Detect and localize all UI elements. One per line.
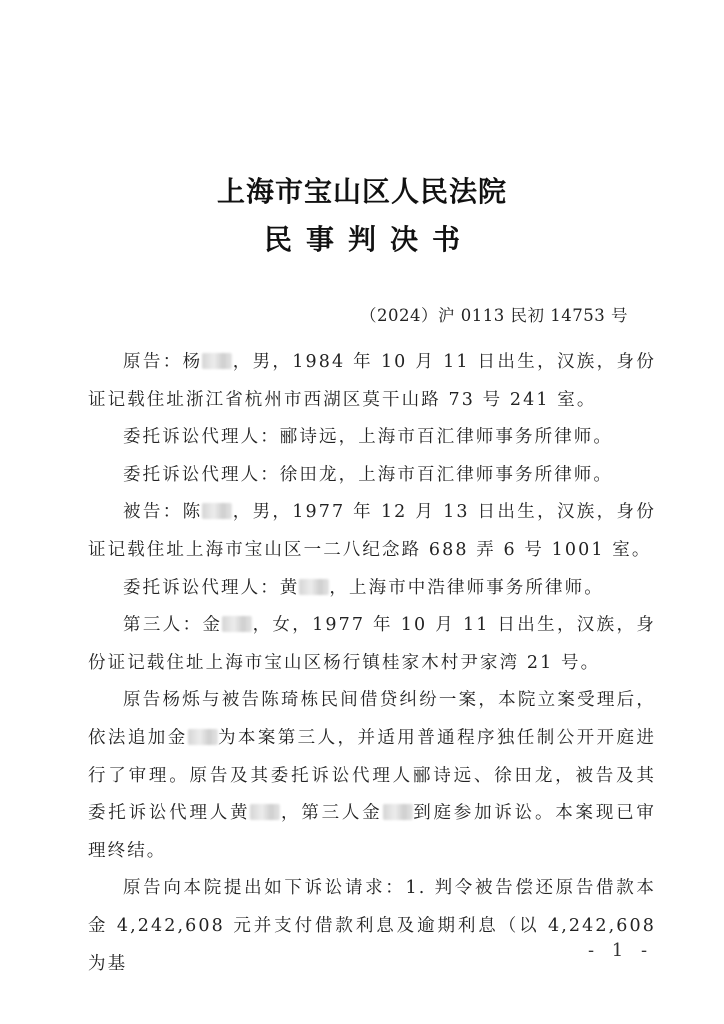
procedure-text-3: ，第三人金 [280,803,382,823]
defendant-label: 被告：陈 [123,502,202,522]
document-body: 原告：杨，男，1984 年 10 月 11 日出生，汉族，身份证记载住址浙江省杭… [88,344,656,983]
page-number: - 1 - [588,940,653,961]
defendant-agent: 委托诉讼代理人：黄，上海市中浩律师事务所律师。 [88,570,656,608]
redacted-name [188,729,218,745]
defendant-agent-label: 委托诉讼代理人：黄 [123,578,299,598]
defendant-agent-details: ，上海市中浩律师事务所律师。 [329,578,603,598]
defendant-paragraph: 被告：陈，男，1977 年 12 月 13 日出生，汉族，身份证记载住址上海市宝… [88,494,656,569]
plaintiff-paragraph: 原告：杨，男，1984 年 10 月 11 日出生，汉族，身份证记载住址浙江省杭… [88,344,656,419]
claims-paragraph: 原告向本院提出如下诉讼请求：1. 判令被告偿还原告借款本金 4,242,608 … [88,870,656,983]
redacted-name [202,353,232,369]
third-party-paragraph: 第三人：金，女，1977 年 10 月 11 日出生，汉族，身份证记载住址上海市… [88,607,656,682]
plaintiff-agent-2: 委托诉讼代理人：徐田龙，上海市百汇律师事务所律师。 [88,457,656,495]
redacted-name [299,579,329,595]
plaintiff-agent-1: 委托诉讼代理人：郦诗远，上海市百汇律师事务所律师。 [88,419,656,457]
court-name: 上海市宝山区人民法院 [0,170,724,210]
redacted-name [222,616,252,632]
third-party-label: 第三人：金 [123,615,222,635]
redacted-name [383,804,413,820]
plaintiff-label: 原告：杨 [123,352,202,372]
redacted-name [250,804,280,820]
redacted-name [202,503,232,519]
document-type-title: 民事判决书 [0,218,724,258]
case-number: （2024）沪 0113 民初 14753 号 [360,302,628,326]
procedure-paragraph: 原告杨烁与被告陈琦栋民间借贷纠纷一案，本院立案受理后，依法追加金为本案第三人，并… [88,682,656,870]
